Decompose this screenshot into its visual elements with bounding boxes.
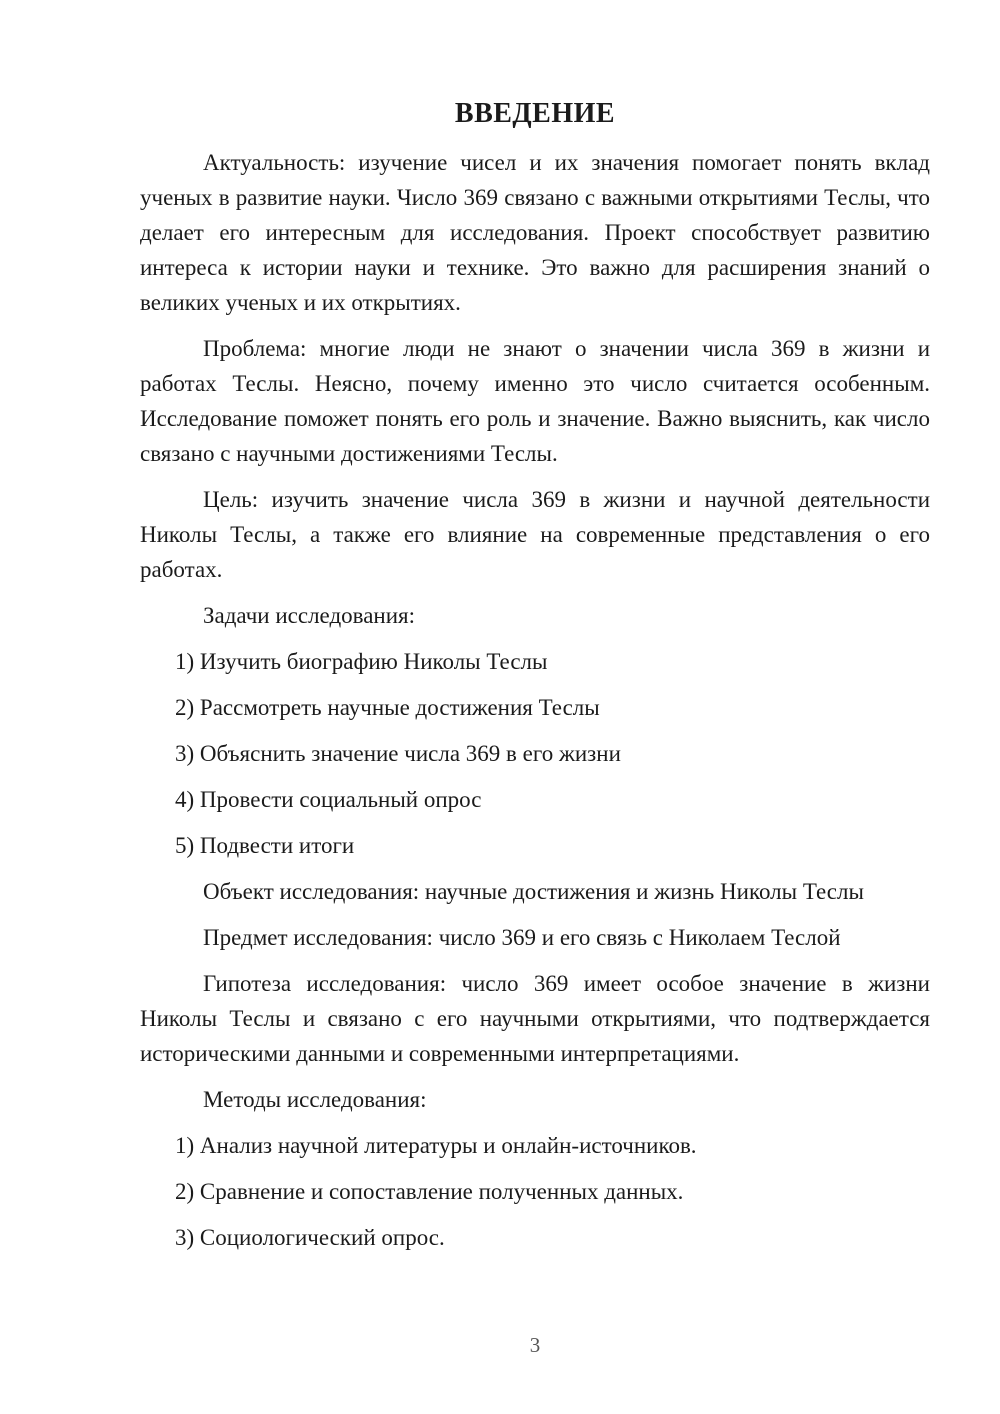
method-item-2: 2) Сравнение и сопоставление полученных … [175,1174,930,1209]
document-page: ВВЕДЕНИЕ Актуальность: изучение чисел и … [0,0,1000,1414]
task-item-4: 4) Провести социальный опрос [175,782,930,817]
method-item-1: 1) Анализ научной литературы и онлайн-ис… [175,1128,930,1163]
task-item-2: 2) Рассмотреть научные достижения Теслы [175,690,930,725]
task-item-5: 5) Подвести итоги [175,828,930,863]
paragraph-goal: Цель: изучить значение числа 369 в жизни… [140,482,930,587]
task-item-3: 3) Объяснить значение числа 369 в его жи… [175,736,930,771]
paragraph-object: Объект исследования: научные достижения … [140,874,930,909]
document-content: ВВЕДЕНИЕ Актуальность: изучение чисел и … [140,96,930,1266]
document-heading: ВВЕДЕНИЕ [140,96,930,131]
page-number: 3 [140,1328,930,1363]
methods-heading: Методы исследования: [140,1082,930,1117]
paragraph-hypothesis: Гипотеза исследования: число 369 имеет о… [140,966,930,1071]
paragraph-problem: Проблема: многие люди не знают о значени… [140,331,930,471]
paragraph-subject: Предмет исследования: число 369 и его св… [140,920,930,955]
tasks-heading: Задачи исследования: [140,598,930,633]
method-item-3: 3) Социологический опрос. [175,1220,930,1255]
task-item-1: 1) Изучить биографию Николы Теслы [175,644,930,679]
paragraph-relevance: Актуальность: изучение чисел и их значен… [140,145,930,320]
